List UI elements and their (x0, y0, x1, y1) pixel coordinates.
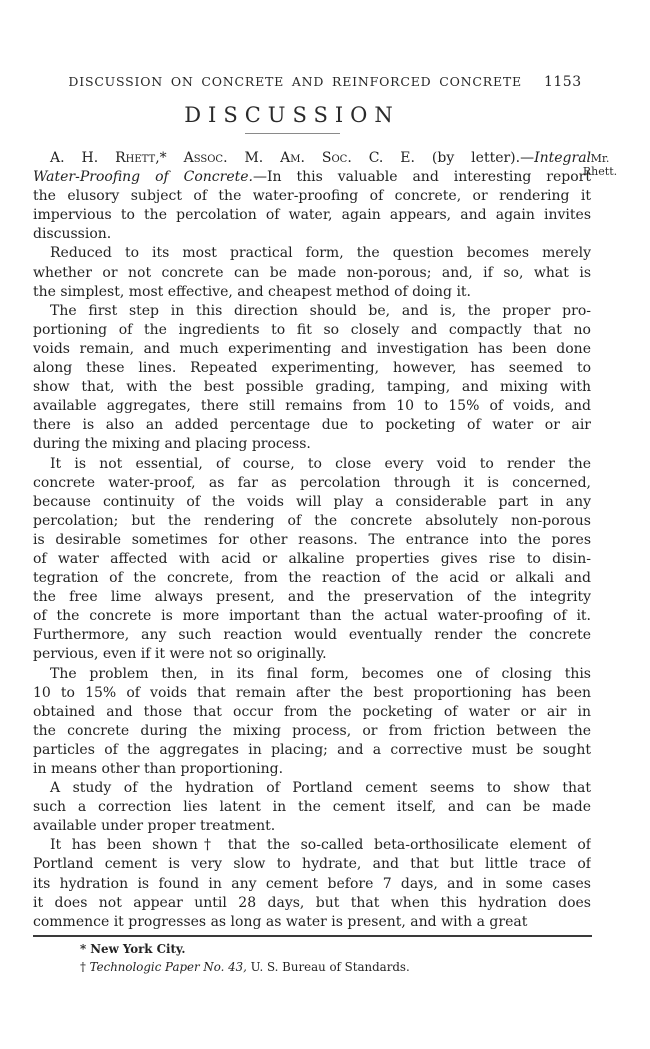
scanned-page: DISCUSSION ON CONCRETE AND REINFORCED CO… (0, 0, 650, 1049)
footnote: * New York City. (33, 941, 591, 959)
text-line: pervious, even if it were not so origina… (33, 645, 591, 664)
text-line: it does not appear until 28 days, but th… (33, 894, 591, 913)
text-line: It has been shown† that the so-called be… (33, 836, 591, 855)
text-line: portioning of the ingredients to fit so … (33, 321, 591, 340)
paragraph: A. H. Rhett,* Assoc. M. Am. Soc. C. E. (… (33, 149, 591, 244)
text-line: because continuity of the voids will pla… (33, 493, 591, 512)
paragraph: It is not essential, of course, to close… (33, 455, 591, 665)
text-line: commence it progresses as long as water … (33, 913, 591, 932)
paragraph: It has been shown† that the so-called be… (33, 836, 591, 931)
paragraph: The first step in this direction should … (33, 302, 591, 455)
text-line: during the mixing and placing process. (33, 435, 591, 454)
text-line: show that, with the best possible gradin… (33, 378, 591, 397)
text-line: whether or not concrete can be made non-… (33, 264, 591, 283)
footnotes: * New York City.† Technologic Paper No. … (33, 941, 591, 976)
text-line: along these lines. Repeated experimentin… (33, 359, 591, 378)
text-line: Portland cement is very slow to hydrate,… (33, 855, 591, 874)
body-paragraphs: A. H. Rhett,* Assoc. M. Am. Soc. C. E. (… (33, 149, 591, 932)
text-line: A study of the hydration of Portland cem… (33, 779, 591, 798)
text-line: of water affected with acid or alkaline … (33, 550, 591, 569)
text-line: discussion. (33, 225, 591, 244)
text-line: tegration of the concrete, from the reac… (33, 569, 591, 588)
text-line: It is not essential, of course, to close… (33, 455, 591, 474)
text-line: such a correction lies latent in the cem… (33, 798, 591, 817)
text-line: in means other than proportioning. (33, 760, 591, 779)
text-line: A. H. Rhett,* Assoc. M. Am. Soc. C. E. (… (33, 149, 591, 168)
footnote: † Technologic Paper No. 43, U. S. Bureau… (33, 959, 591, 977)
text-line: the concrete during the mixing process, … (33, 722, 591, 741)
text-line: Furthermore, any such reaction would eve… (33, 626, 591, 645)
text-line: Reduced to its most practical form, the … (33, 244, 591, 263)
text-line: concrete water-proof, as far as percolat… (33, 474, 591, 493)
text-line: 10 to 15% of voids that remain after the… (33, 684, 591, 703)
text-line: available aggregates, there still remain… (33, 397, 591, 416)
footnote-rule (33, 935, 592, 937)
page-number: 1153 (544, 74, 582, 90)
text-line: is desirable sometimes for other reasons… (33, 531, 591, 550)
text-line: obtained and those that occur from the p… (33, 703, 591, 722)
text-line: percolation; but the rendering of the co… (33, 512, 591, 531)
paragraph: The problem then, in its final form, bec… (33, 665, 591, 780)
text-line: of the concrete is more important than t… (33, 607, 591, 626)
text-line: the free lime always present, and the pr… (33, 588, 591, 607)
running-head-title: DISCUSSION ON CONCRETE AND REINFORCED CO… (68, 74, 522, 89)
text-line: available under proper treatment. (33, 817, 591, 836)
paragraph: A study of the hydration of Portland cem… (33, 779, 591, 836)
text-line: the simplest, most effective, and cheape… (33, 283, 591, 302)
text-line: voids remain, and much experimenting and… (33, 340, 591, 359)
text-line: there is also an added percentage due to… (33, 416, 591, 435)
text-line: The problem then, in its final form, bec… (33, 665, 591, 684)
text-line: the elusory subject of the water-proofin… (33, 187, 591, 206)
text-line: The first step in this direction should … (33, 302, 591, 321)
text-line: Water-Proofing of Concrete.—In this valu… (33, 168, 591, 187)
text-line: impervious to the percolation of water, … (33, 206, 591, 225)
text-line: its hydration is found in any cement bef… (33, 875, 591, 894)
heading-rule (245, 133, 340, 134)
running-head: DISCUSSION ON CONCRETE AND REINFORCED CO… (0, 74, 650, 90)
paragraph: Reduced to its most practical form, the … (33, 244, 591, 301)
section-heading: DISCUSSION (0, 103, 584, 127)
text-line: particles of the aggregates in placing; … (33, 741, 591, 760)
